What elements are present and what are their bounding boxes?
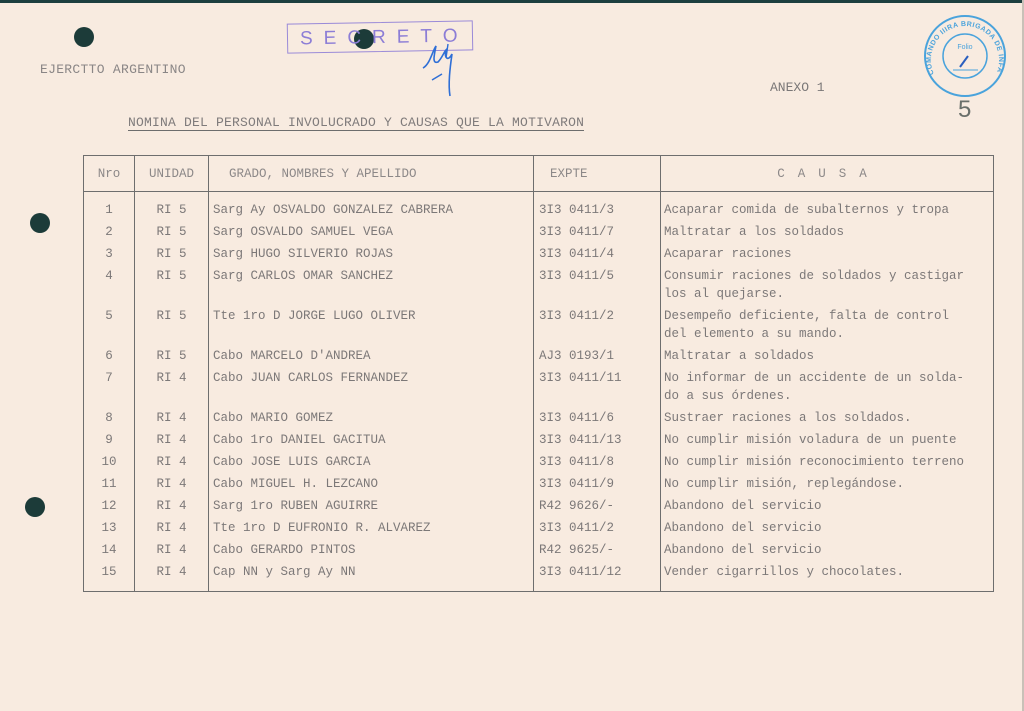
cell-causa: Vender cigarrillos y chocolates. [661,559,994,592]
cell-expte: 3I3 0411/3 [534,192,661,220]
cell-expte: 3I3 0411/5 [534,263,661,303]
cell-nro: 7 [84,365,135,405]
table-row: 7 RI 4 Cabo JUAN CARLOS FERNANDEZ 3I3 04… [84,365,994,405]
cell-unidad: RI 5 [135,219,209,241]
table-row: 6 RI 5 Cabo MARCELO D'ANDREA AJ3 0193/1 … [84,343,994,365]
punch-hole-left-lower [25,497,45,517]
cell-causa: Acaparar comida de subalternos y tropa [661,192,994,220]
cell-expte: 3I3 0411/12 [534,559,661,592]
cell-nro: 1 [84,192,135,220]
cell-expte: 3I3 0411/9 [534,471,661,493]
cell-expte: R42 9625/- [534,537,661,559]
column-header-nombre: GRADO, NOMBRES Y APELLIDO [209,156,534,192]
cell-nombre: Cap NN y Sarg Ay NN [209,559,534,592]
cell-unidad: RI 5 [135,263,209,303]
cell-causa: Desempeño deficiente, falta de controlde… [661,303,994,343]
cell-causa: Maltratar a los soldados [661,219,994,241]
cell-nro: 11 [84,471,135,493]
causa-text-line: del elemento a su mando. [664,325,993,343]
table-row: 15 RI 4 Cap NN y Sarg Ay NN 3I3 0411/12 … [84,559,994,592]
column-header-unidad: UNIDAD [135,156,209,192]
cell-nombre: Sarg HUGO SILVERIO ROJAS [209,241,534,263]
causa-text-line: los al quejarse. [664,285,993,303]
column-header-expte: EXPTE [534,156,661,192]
cell-unidad: RI 4 [135,515,209,537]
cell-unidad: RI 5 [135,241,209,263]
scan-top-edge [0,0,1024,3]
causa-text-line: Acaparar raciones [664,245,993,263]
causa-text-line: Abandono del servicio [664,519,993,537]
causa-text-line: Abandono del servicio [664,541,993,559]
cell-expte: 3I3 0411/7 [534,219,661,241]
cell-expte: 3I3 0411/6 [534,405,661,427]
cell-nro: 5 [84,303,135,343]
cell-nombre: Tte 1ro D EUFRONIO R. ALVAREZ [209,515,534,537]
cell-unidad: RI 4 [135,427,209,449]
cell-expte: R42 9626/- [534,493,661,515]
annex-label: ANEXO 1 [770,80,825,95]
cell-nro: 9 [84,427,135,449]
table-row: 2 RI 5 Sarg OSVALDO SAMUEL VEGA 3I3 0411… [84,219,994,241]
cell-unidad: RI 5 [135,343,209,365]
cell-causa: No informar de un accidente de un solda-… [661,365,994,405]
cell-unidad: RI 4 [135,471,209,493]
punch-hole-top-left [74,27,94,47]
cell-nombre: Tte 1ro D JORGE LUGO OLIVER [209,303,534,343]
cell-causa: Abandono del servicio [661,537,994,559]
table-row: 1 RI 5 Sarg Ay OSVALDO GONZALEZ CABRERA … [84,192,994,220]
cell-nro: 3 [84,241,135,263]
cell-nro: 6 [84,343,135,365]
cell-unidad: RI 4 [135,537,209,559]
document-title: NOMINA DEL PERSONAL INVOLUCRADO Y CAUSAS… [128,115,584,131]
cell-unidad: RI 4 [135,449,209,471]
cell-nombre: Sarg CARLOS OMAR SANCHEZ [209,263,534,303]
column-header-nro: Nro [84,156,135,192]
cell-causa: No cumplir misión reconocimiento terreno [661,449,994,471]
causa-text-line: Sustraer raciones a los soldados. [664,409,993,427]
cell-expte: AJ3 0193/1 [534,343,661,365]
cell-nro: 13 [84,515,135,537]
cell-nro: 14 [84,537,135,559]
cell-nombre: Cabo JOSE LUIS GARCIA [209,449,534,471]
table-row: 13 RI 4 Tte 1ro D EUFRONIO R. ALVAREZ 3I… [84,515,994,537]
cell-nombre: Cabo JUAN CARLOS FERNANDEZ [209,365,534,405]
cell-nro: 8 [84,405,135,427]
cell-expte: 3I3 0411/4 [534,241,661,263]
table-row: 3 RI 5 Sarg HUGO SILVERIO ROJAS 3I3 0411… [84,241,994,263]
handwritten-signature [418,40,468,100]
causa-text-line: No cumplir misión reconocimiento terreno [664,453,993,471]
cell-expte: 3I3 0411/11 [534,365,661,405]
cell-expte: 3I3 0411/2 [534,303,661,343]
causa-text-line: Abandono del servicio [664,497,993,515]
cell-nombre: Cabo GERARDO PINTOS [209,537,534,559]
causa-text-line: No cumplir misión voladura de un puente [664,431,993,449]
causa-text-line: No informar de un accidente de un solda- [664,369,993,387]
cell-unidad: RI 5 [135,303,209,343]
cell-nombre: Cabo MARIO GOMEZ [209,405,534,427]
table-row: 5 RI 5 Tte 1ro D JORGE LUGO OLIVER 3I3 0… [84,303,994,343]
cell-nro: 2 [84,219,135,241]
punch-hole-left-upper [30,213,50,233]
cell-unidad: RI 4 [135,405,209,427]
organization-label: EJERCTTO ARGENTINO [40,62,186,77]
cell-unidad: RI 5 [135,192,209,220]
table-row: 10 RI 4 Cabo JOSE LUIS GARCIA 3I3 0411/8… [84,449,994,471]
table-row: 14 RI 4 Cabo GERARDO PINTOS R42 9625/- A… [84,537,994,559]
cell-causa: Abandono del servicio [661,493,994,515]
table-header-row: Nro UNIDAD GRADO, NOMBRES Y APELLIDO EXP… [84,156,994,192]
causa-text-line: Maltratar a los soldados [664,223,993,241]
table-row: 12 RI 4 Sarg 1ro RUBEN AGUIRRE R42 9626/… [84,493,994,515]
seal-folio-label: Folio [957,44,972,51]
cell-causa: Acaparar raciones [661,241,994,263]
cell-causa: Consumir raciones de soldados y castigar… [661,263,994,303]
cell-expte: 3I3 0411/8 [534,449,661,471]
cell-nombre: Sarg Ay OSVALDO GONZALEZ CABRERA [209,192,534,220]
causa-text-line: do a sus órdenes. [664,387,993,405]
table-row: 4 RI 5 Sarg CARLOS OMAR SANCHEZ 3I3 0411… [84,263,994,303]
cell-nombre: Sarg OSVALDO SAMUEL VEGA [209,219,534,241]
cell-nro: 4 [84,263,135,303]
causa-text-line: Vender cigarrillos y chocolates. [664,563,993,581]
causa-text-line: No cumplir misión, replegándose. [664,475,993,493]
table-row: 9 RI 4 Cabo 1ro DANIEL GACITUA 3I3 0411/… [84,427,994,449]
handwritten-page-number: 5 [958,96,971,124]
cell-nombre: Cabo 1ro DANIEL GACITUA [209,427,534,449]
cell-causa: Maltratar a soldados [661,343,994,365]
causa-text-line: Desempeño deficiente, falta de control [664,307,993,325]
personnel-table: Nro UNIDAD GRADO, NOMBRES Y APELLIDO EXP… [83,155,994,592]
cell-expte: 3I3 0411/2 [534,515,661,537]
cell-nombre: Cabo MARCELO D'ANDREA [209,343,534,365]
cell-expte: 3I3 0411/13 [534,427,661,449]
official-seal-stamp: COMANDO IIIRA BRIGADA DE INFANTERIA Foli… [920,12,1010,102]
column-header-causa: CAUSA [661,156,994,192]
cell-unidad: RI 4 [135,559,209,592]
causa-text-line: Maltratar a soldados [664,347,993,365]
table-row: 11 RI 4 Cabo MIGUEL H. LEZCANO 3I3 0411/… [84,471,994,493]
cell-causa: No cumplir misión, replegándose. [661,471,994,493]
cell-nro: 15 [84,559,135,592]
cell-unidad: RI 4 [135,365,209,405]
cell-causa: Abandono del servicio [661,515,994,537]
cell-nombre: Sarg 1ro RUBEN AGUIRRE [209,493,534,515]
cell-nombre: Cabo MIGUEL H. LEZCANO [209,471,534,493]
cell-nro: 10 [84,449,135,471]
table-row: 8 RI 4 Cabo MARIO GOMEZ 3I3 0411/6 Sustr… [84,405,994,427]
cell-unidad: RI 4 [135,493,209,515]
causa-text-line: Consumir raciones de soldados y castigar [664,267,993,285]
cell-nro: 12 [84,493,135,515]
cell-causa: Sustraer raciones a los soldados. [661,405,994,427]
cell-causa: No cumplir misión voladura de un puente [661,427,994,449]
causa-text-line: Acaparar comida de subalternos y tropa [664,201,993,219]
